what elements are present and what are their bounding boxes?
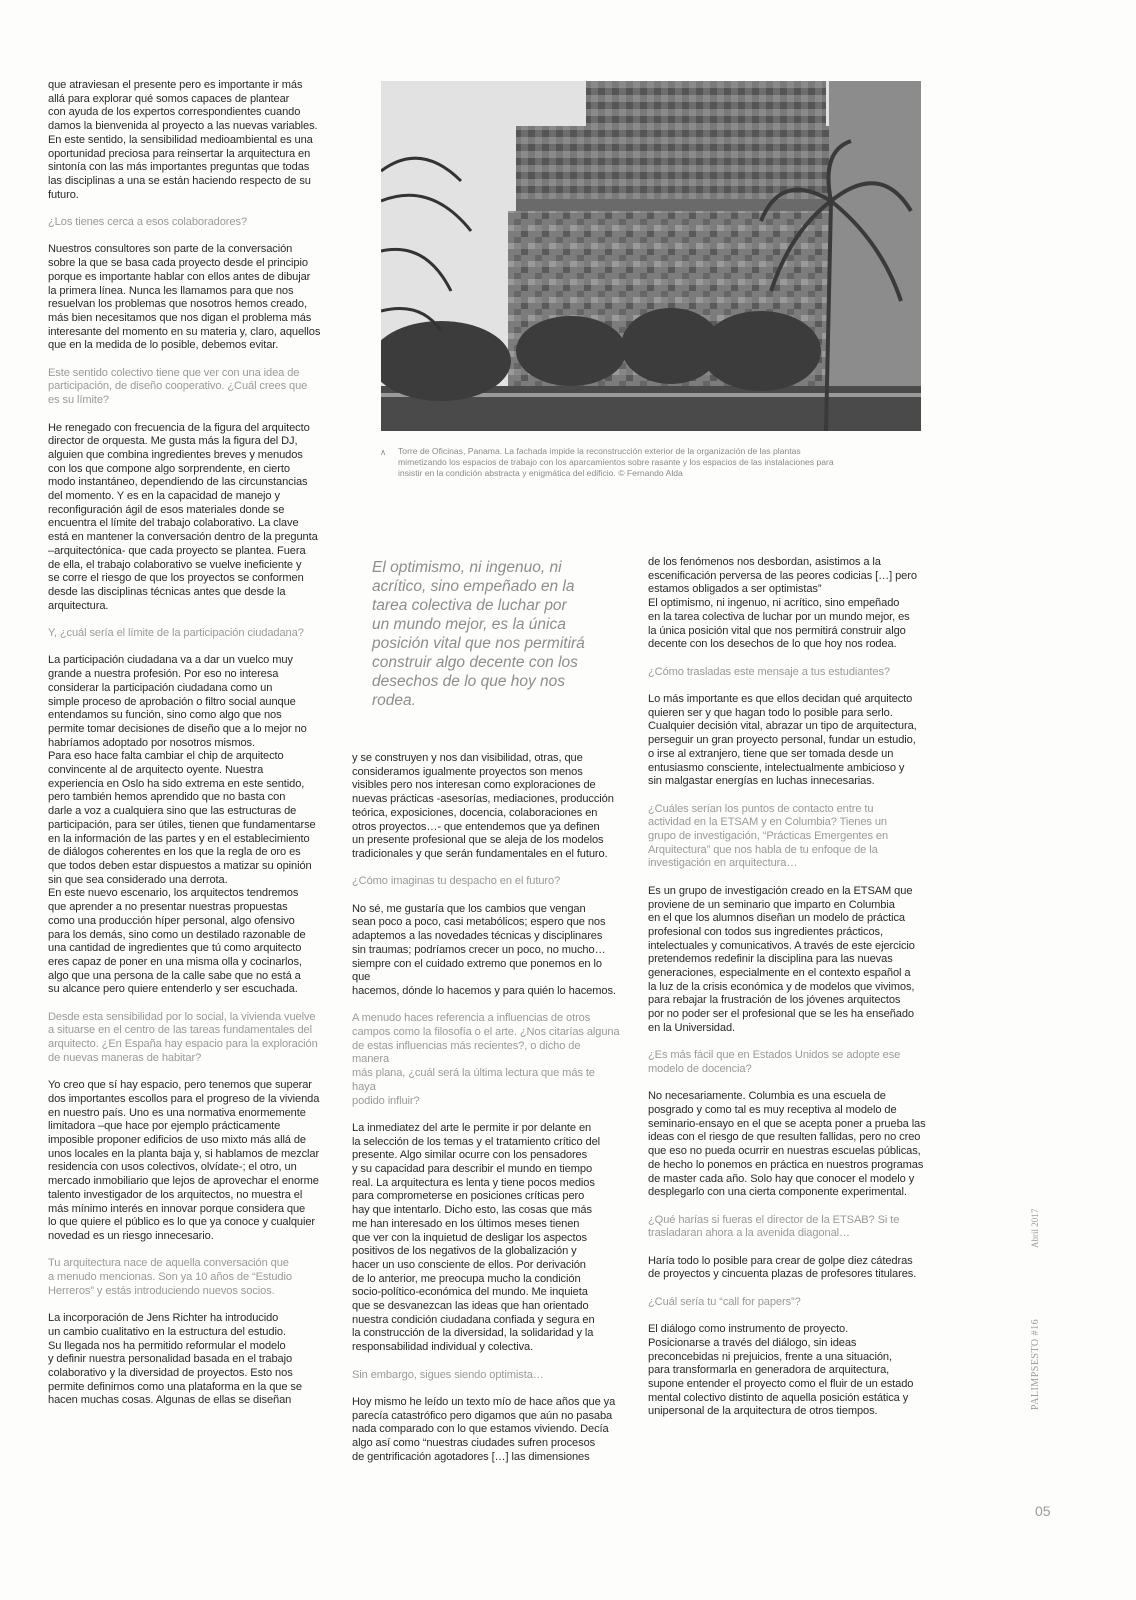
caption-text: Torre de Oficinas, Panama. La fachada im…: [398, 446, 850, 479]
answer-paragraph: No sé, me gustaría que los cambios que v…: [352, 903, 620, 999]
interview-question: ¿Es más fácil que en Estados Unidos se a…: [648, 1049, 926, 1076]
interview-question: Y, ¿cuál sería el límite de la participa…: [48, 627, 330, 641]
interview-question: ¿Cuál sería tu “call for papers”?: [648, 1296, 926, 1310]
answer-paragraph: El diálogo como instrumento de proyecto.…: [648, 1323, 926, 1419]
vertical-running-footer: Abril 2017 PALIMPSESTO #16: [1030, 1190, 1050, 1410]
caption-arrow-icon: ∧: [380, 447, 386, 458]
interview-question: Tu arquitectura nace de aquella conversa…: [48, 1257, 330, 1298]
answer-paragraph: Hoy mismo he leído un texto mío de hace …: [352, 1396, 620, 1465]
interview-question: ¿Cómo imaginas tu despacho en el futuro?: [352, 875, 620, 889]
answer-paragraph: y se construyen y nos dan visibilidad, o…: [352, 752, 620, 862]
answer-paragraph: La incorporación de Jens Richter ha intr…: [48, 1312, 330, 1408]
answer-paragraph: Nuestros consultores son parte de la con…: [48, 243, 330, 353]
answer-paragraph: La inmediatez del arte le permite ir por…: [352, 1122, 620, 1355]
interview-question: A menudo haces referencia a influencias …: [352, 1012, 620, 1108]
issue-date: Abril 2017: [1030, 1209, 1040, 1248]
article-column-2: y se construyen y nos dan visibilidad, o…: [352, 752, 620, 1464]
answer-paragraph: La participación ciudadana va a dar un v…: [48, 654, 330, 997]
answer-paragraph: de los fenómenos nos desbordan, asistimo…: [648, 556, 926, 652]
magazine-title: PALIMPSESTO #16: [1030, 1319, 1041, 1410]
interview-question: Este sentido colectivo tiene que ver con…: [48, 367, 330, 408]
answer-paragraph: Es un grupo de investigación creado en l…: [648, 885, 926, 1036]
answer-paragraph: que atraviesan el presente pero es impor…: [48, 79, 330, 202]
answer-paragraph: No necesariamente. Columbia es una escue…: [648, 1090, 926, 1200]
interview-question: Sin embargo, sigues siendo optimista…: [352, 1369, 620, 1383]
interview-question: ¿Los tienes cerca a esos colaboradores?: [48, 216, 330, 230]
interview-question: ¿Cuáles serían los puntos de contacto en…: [648, 803, 926, 872]
article-column-1: que atraviesan el presente pero es impor…: [48, 79, 330, 1408]
interview-question: ¿Cómo trasladas este mensaje a tus estud…: [648, 666, 926, 680]
building-photo: [381, 81, 921, 431]
photo-caption: ∧ Torre de Oficinas, Panama. La fachada …: [380, 446, 850, 479]
answer-paragraph: Lo más importante es que ellos decidan q…: [648, 693, 926, 789]
interview-question: ¿Qué harías si fueras el director de la …: [648, 1214, 926, 1241]
answer-paragraph: He renegado con frecuencia de la figura …: [48, 422, 330, 614]
answer-paragraph: Haría todo lo posible para crear de golp…: [648, 1255, 926, 1282]
office-tower-image: [381, 81, 921, 431]
page-number: 05: [1035, 1503, 1051, 1519]
article-column-3: de los fenómenos nos desbordan, asistimo…: [648, 556, 926, 1419]
interview-question: Desde esta sensibilidad por lo social, l…: [48, 1011, 330, 1066]
pull-quote: El optimismo, ni ingenuo, ni acrítico, s…: [372, 558, 622, 710]
answer-paragraph: Yo creo que sí hay espacio, pero tenemos…: [48, 1079, 330, 1243]
